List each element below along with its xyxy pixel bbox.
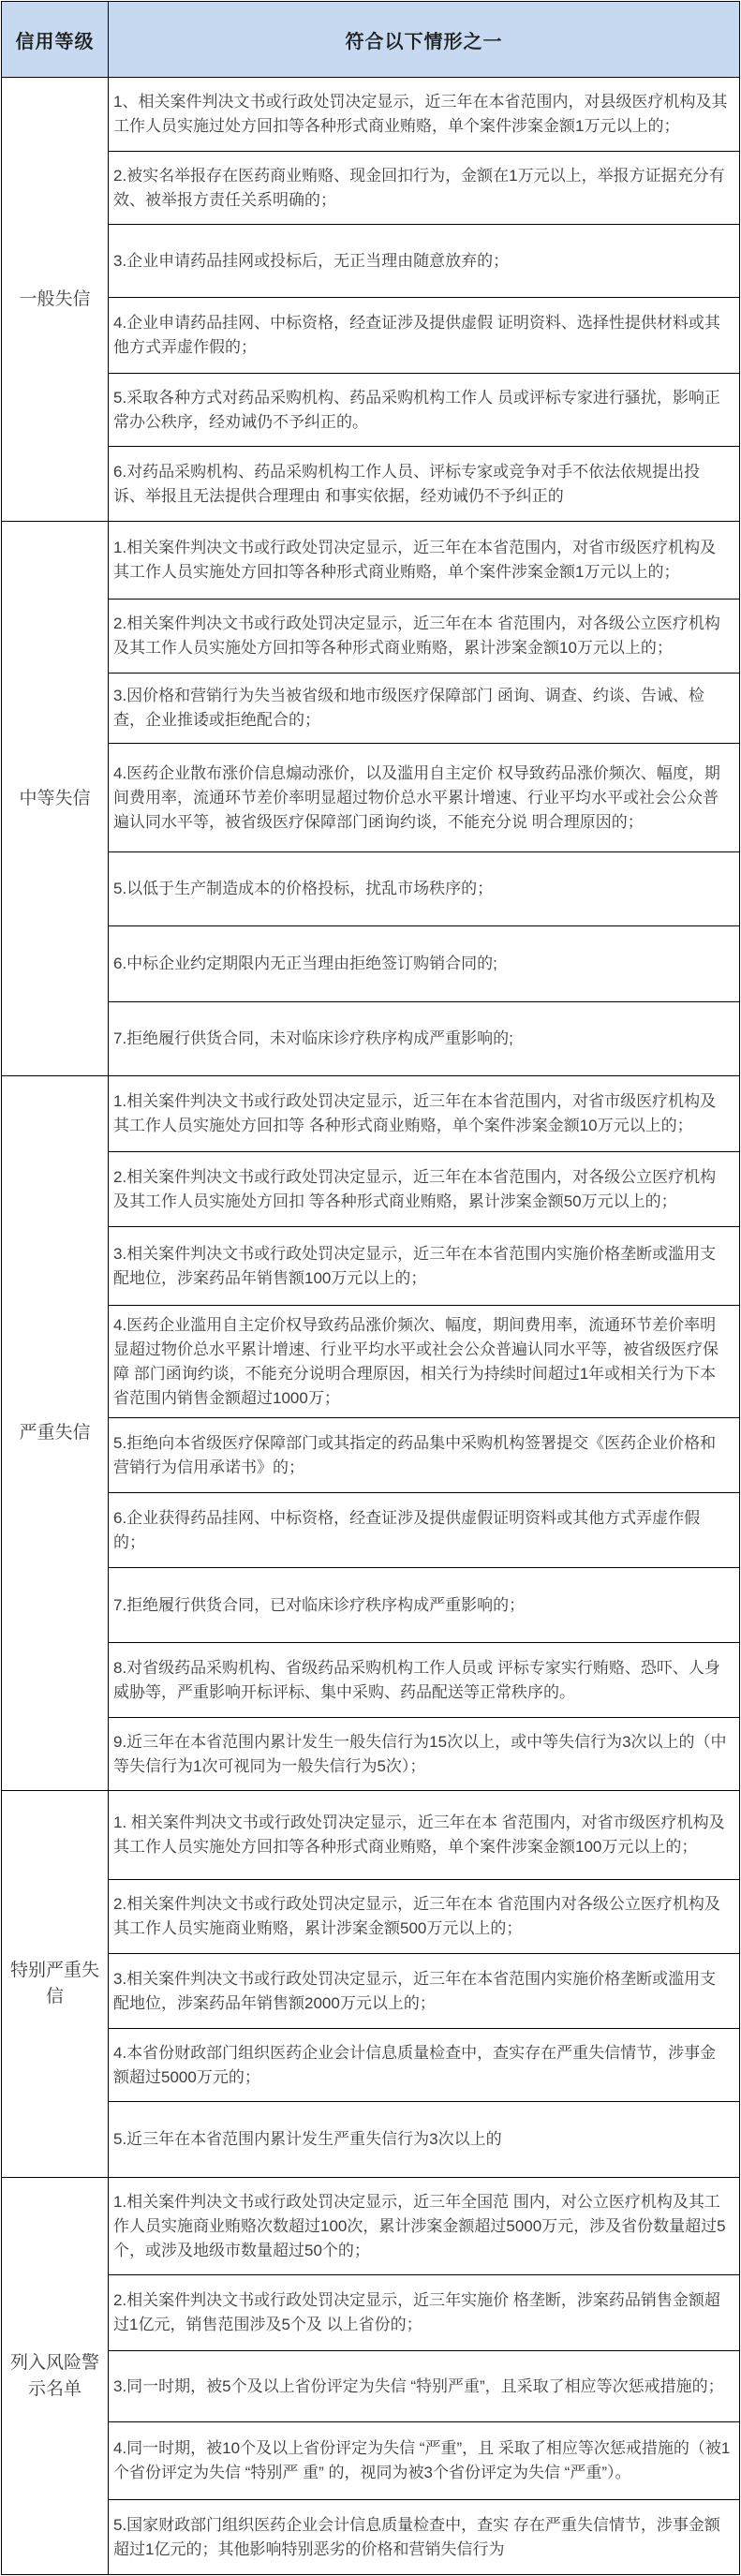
criteria-cell: 7.拒绝履行供货合同，未对临床诊疗秩序构成严重影响的; [109,1002,740,1076]
criteria-cell: 5.国家财政部门组织医药企业会计信息质量检查中，查实 存在严重失信情节，涉事金额… [109,2500,740,2575]
criteria-cell: 6.对药品采购机构、药品采购机构工作人员、评标专家或竞争对手不依法依规提出投诉、… [109,447,740,522]
criteria-cell: 2.相关案件判决文书或行政处罚决定显示，近三年实施价 格垄断，涉案药品销售金额超… [109,2275,740,2351]
criteria-cell: 4.同一时期，被10个及以上省份评定为失信 “严重”，且 采取了相应等次惩戒措施… [109,2422,740,2500]
criteria-cell: 2.相关案件判决文书或行政处罚决定显示，近三年在本省范围内，对各级公立医疗机构及… [109,1152,740,1227]
criteria-cell: 3.相关案件判决文书或行政处罚决定显示，近三年在本省范围内实施价格垄断或滥用支配… [109,1954,740,2029]
criteria-cell: 3.因价格和营销行为失当被省级和地市级医疗保障部门 函询、调查、约谈、告诫、检查… [109,674,740,744]
criteria-cell: 4.本省份财政部门组织医药企业会计信息质量检查中，查实存在严重失信情节，涉事金额… [109,2029,740,2102]
criteria-cell: 9.近三年在本省范围内累计发生一般失信行为15次以上，或中等失信行为3次以上的（… [109,1718,740,1791]
level-cell-general: 一般失信 [2,78,109,522]
criteria-cell: 1、相关案件判决文书或行政处罚决定显示，近三年在本省范围内，对县级医疗机构及其工… [109,78,740,152]
credit-rating-table: 信用等级 符合以下情形之一 一般失信 1、相关案件判决文书或行政处罚决定显示，近… [1,1,740,2575]
document-page: 信用等级 符合以下情形之一 一般失信 1、相关案件判决文书或行政处罚决定显示，近… [0,0,741,2576]
header-row: 信用等级 符合以下情形之一 [2,2,740,78]
criteria-cell: 5.以低于生产制造成本的价格投标，扰乱市场秩序的； [109,852,740,926]
criteria-cell: 1.相关案件判决文书或行政处罚决定显示，近三年在本省范围内，对省市级医疗机构及其… [109,522,740,600]
criteria-cell: 2.被实名举报存在医药商业贿赂、现金回扣行为，金额在1万元以上，举报方证据充分有… [109,152,740,225]
criteria-cell: 4.企业申请药品挂网、中标资格，经查证涉及提供虚假 证明资料、选择性提供材料或其… [109,298,740,374]
criteria-cell: 5.近三年在本省范围内累计发生严重失信行为3次以上的 [109,2102,740,2178]
criteria-cell: 6.中标企业约定期限内无正当理由拒绝签订购销合同的; [109,926,740,1002]
criteria-cell: 4.医药企业滥用自主定价权导致药品涨价频次、幅度，期间费用率，流通环节差价率明显… [109,1306,740,1418]
criteria-cell: 2.相关案件判决文书或行政处罚决定显示，近三年在本 省范围内对各级公立医疗机构及… [109,1880,740,1954]
level-cell-risk-warning-list: 列入风险警示名单 [2,2178,109,2575]
level-cell-medium: 中等失信 [2,522,109,1076]
header-cell-criteria: 符合以下情形之一 [109,2,740,78]
header-cell-credit-level: 信用等级 [2,2,109,78]
criteria-cell: 2.相关案件判决文书或行政处罚决定显示，近三年在本 省范围内，对各级公立医疗机构… [109,600,740,674]
criteria-cell: 3.同一时期，被5个及以上省份评定为失信 “特别严重”，且采取了相应等次惩戒措施… [109,2351,740,2422]
criteria-cell: 3.相关案件判决文书或行政处罚决定显示，近三年在本省范围内实施价格垄断或滥用支配… [109,1227,740,1306]
level-cell-serious: 严重失信 [2,1076,109,1791]
level-cell-extremely-serious: 特别严重失信 [2,1791,109,2178]
criteria-cell: 8.对省级药品采购机构、省级药品采购机构工作人员或 评标专家实行贿赂、恐吓、人身… [109,1643,740,1718]
criteria-cell: 4.医药企业散布涨价信息煽动涨价，以及滥用自主定价 权导致药品涨价频次、幅度，期… [109,744,740,852]
criteria-cell: 5.拒绝向本省级医疗保障部门或其指定的药品集中采购机构签署提交《医药企业价格和营… [109,1418,740,1493]
criteria-cell: 7.拒绝履行供货合同，已对临床诊疗秩序构成严重影响的； [109,1568,740,1643]
criteria-cell: 1.相关案件判决文书或行政处罚决定显示，近三年全国范 围内，对公立医疗机构及其工… [109,2178,740,2275]
criteria-cell: 1. 相关案件判决文书或行政处罚决定显示，近三年在本 省范围内，对省市级医疗机构… [109,1791,740,1880]
criteria-cell: 5.采取各种方式对药品采购机构、药品采购机构工作人 员或评标专家进行骚扰，影响正… [109,374,740,447]
criteria-cell: 6.企业获得药品挂网、中标资格，经查证涉及提供虚假证明资料或其他方式弄虚作假的； [109,1493,740,1568]
criteria-cell: 1.相关案件判决文书或行政处罚决定显示，近三年在本省范围内，对省市级医疗机构及其… [109,1076,740,1152]
criteria-cell: 3.企业申请药品挂网或投标后，无正当理由随意放弃的； [109,225,740,298]
